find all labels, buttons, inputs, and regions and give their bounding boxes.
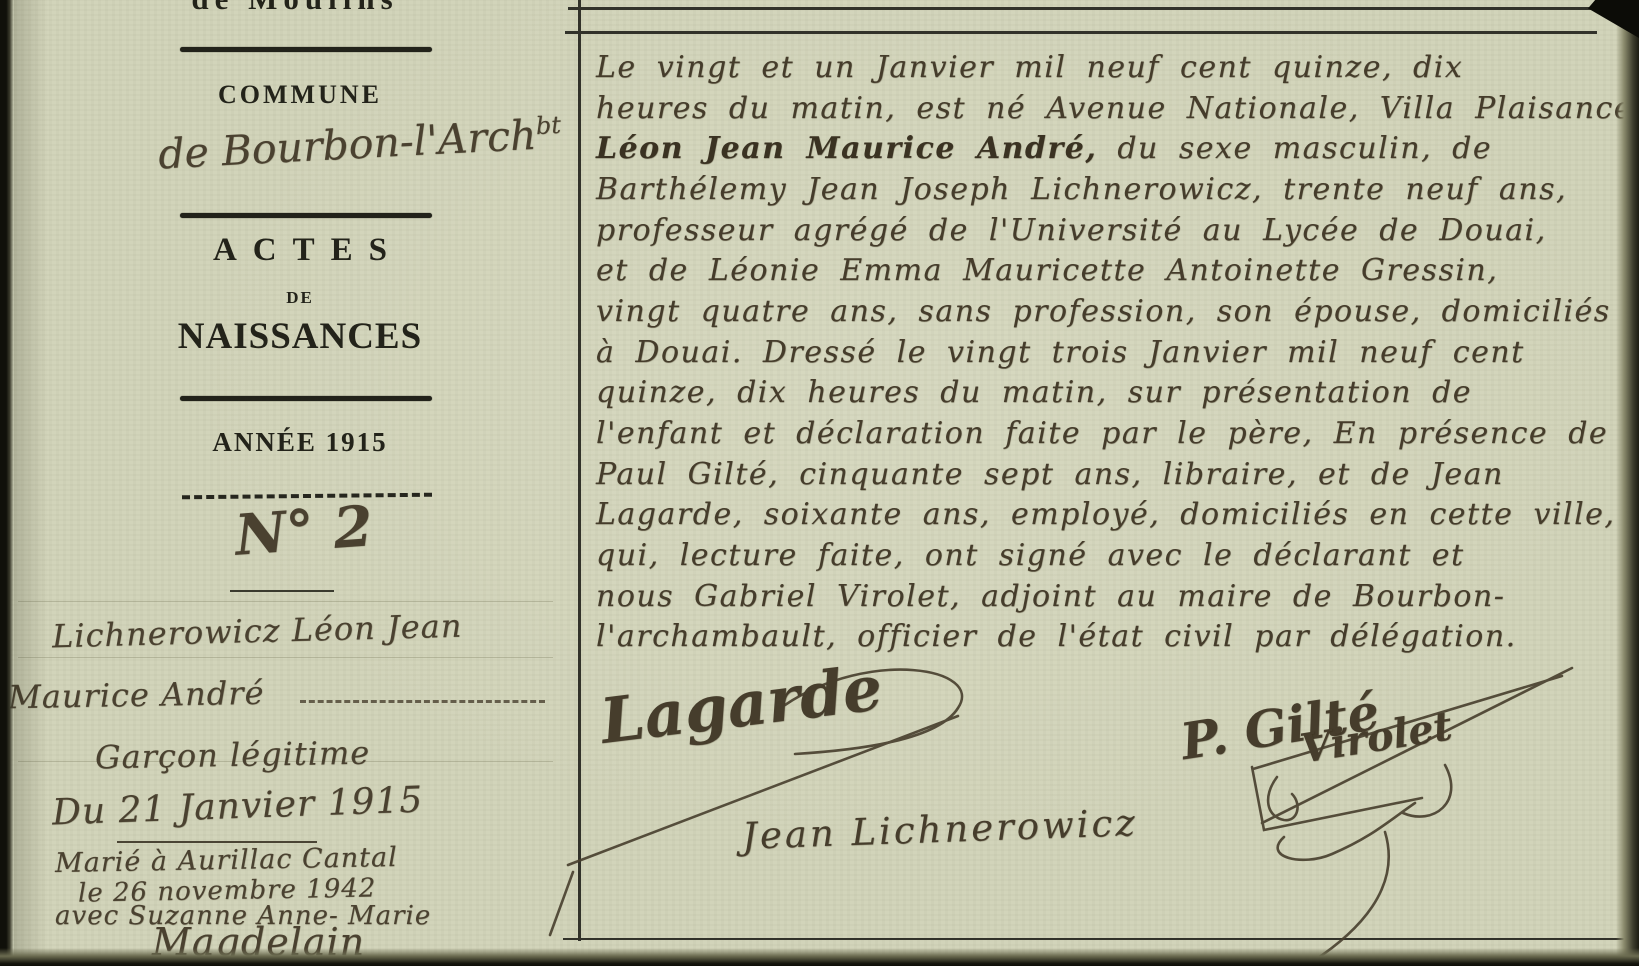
act-line-text: Le vingt et un Janvier mil neuf cent qui… [596,50,1463,85]
acts-title-de: DE [60,288,540,308]
paper-ruling-line [18,657,553,658]
act-line: Léon Jean Maurice André, du sexe masculi… [596,129,1492,169]
divider-rule-3 [180,396,432,401]
act-line: professeur agrégé de l'Université au Lyc… [596,211,1547,251]
register-page-scan: de Moulins COMMUNE de Bourbon-l'Archbt A… [0,0,1639,966]
act-line-text: Paul Gilté, cinquante sept ans, libraire… [596,457,1504,492]
commune-label: COMMUNE [60,80,540,110]
commune-value: de Bourbon-l'Archbt [157,109,562,178]
acts-title: ACTES [60,232,540,269]
act-line: nous Gabriel Virolet, adjoint au maire d… [596,577,1505,617]
page-bottom-edge [0,948,1639,966]
gilte-paraph [1403,765,1451,817]
lagarde-diagonal [568,716,958,865]
margin-date: Du 21 Janvier 1915 [51,780,423,834]
signature-flourishes [540,630,1639,966]
naissances-title: NAISSANCES [60,315,540,358]
year-label: ANNÉE 1915 [60,427,540,458]
act-line-text: du sexe masculin, de [1097,131,1492,166]
marriage-note-rule [117,841,317,843]
act-line-text: nous Gabriel Virolet, adjoint au maire d… [596,579,1505,614]
page-right-edge [1616,0,1639,966]
act-line-text: quinze, dix heures du matin, sur présent… [596,375,1472,410]
margin-child-name-line1: Lichnerowicz Léon Jean [52,607,463,656]
act-line: et de Léonie Emma Mauricette Antoinette … [596,251,1498,291]
commune-value-text: de Bourbon-l'Arch [157,111,538,179]
act-line-emphasis: Léon Jean Maurice André, [596,131,1097,166]
registry-name: de Moulins [60,0,530,17]
act-line: Lagarde, soixante ans, employé, domicili… [596,495,1615,535]
act-line: heures du matin, est né Avenue Nationale… [596,89,1639,129]
margin-status: Garçon légitime [95,734,371,777]
act-line-text: et de Léonie Emma Mauricette Antoinette … [596,253,1498,288]
act-line: à Douai. Dressé le vingt trois Janvier m… [596,333,1525,373]
act-frame-top-rule-outer [568,7,1598,10]
act-line: l'enfant et déclaration faite par le pèr… [596,414,1608,454]
act-line-text: Lagarde, soixante ans, employé, domicili… [596,497,1615,532]
lagarde-diagonal-tail [550,872,573,935]
act-line: qui, lecture faite, ont signé avec le dé… [596,536,1465,576]
lichnerowicz-tail [1312,832,1389,962]
margin-filler-dashes [300,700,545,703]
act-line-text: professeur agrégé de l'Université au Lyc… [596,213,1547,248]
act-line-text: qui, lecture faite, ont signé avec le dé… [596,538,1465,573]
act-line: quinze, dix heures du matin, sur présent… [596,373,1472,413]
act-number: N° 2 [233,493,375,568]
act-line: Barthélemy Jean Joseph Lichnerowicz, tre… [596,170,1567,210]
lagarde-flourish [785,670,962,754]
commune-value-superscript: bt [535,111,561,140]
act-line: vingt quatre ans, sans profession, son é… [596,292,1611,332]
act-frame-top-rule-inner [565,31,1597,34]
act-line-text: vingt quatre ans, sans profession, son é… [596,294,1611,329]
virolet-box-top [1253,676,1562,769]
divider-rule-top [180,47,432,52]
divider-rule-2 [180,213,432,218]
act-line-text: l'enfant et déclaration faite par le pèr… [596,416,1608,451]
act-line-text: à Douai. Dressé le vingt trois Janvier m… [596,335,1525,370]
paper-ruling-line [18,601,553,602]
binding-shadow [14,0,48,966]
act-line: Paul Gilté, cinquante sept ans, libraire… [596,455,1504,495]
act-line: Le vingt et un Janvier mil neuf cent qui… [596,48,1463,88]
act-line-text: Barthélemy Jean Joseph Lichnerowicz, tre… [596,172,1567,207]
act-number-underline [230,590,334,592]
book-binding-edge [0,0,14,966]
act-line-text: heures du matin, est né Avenue Nationale… [596,91,1639,126]
